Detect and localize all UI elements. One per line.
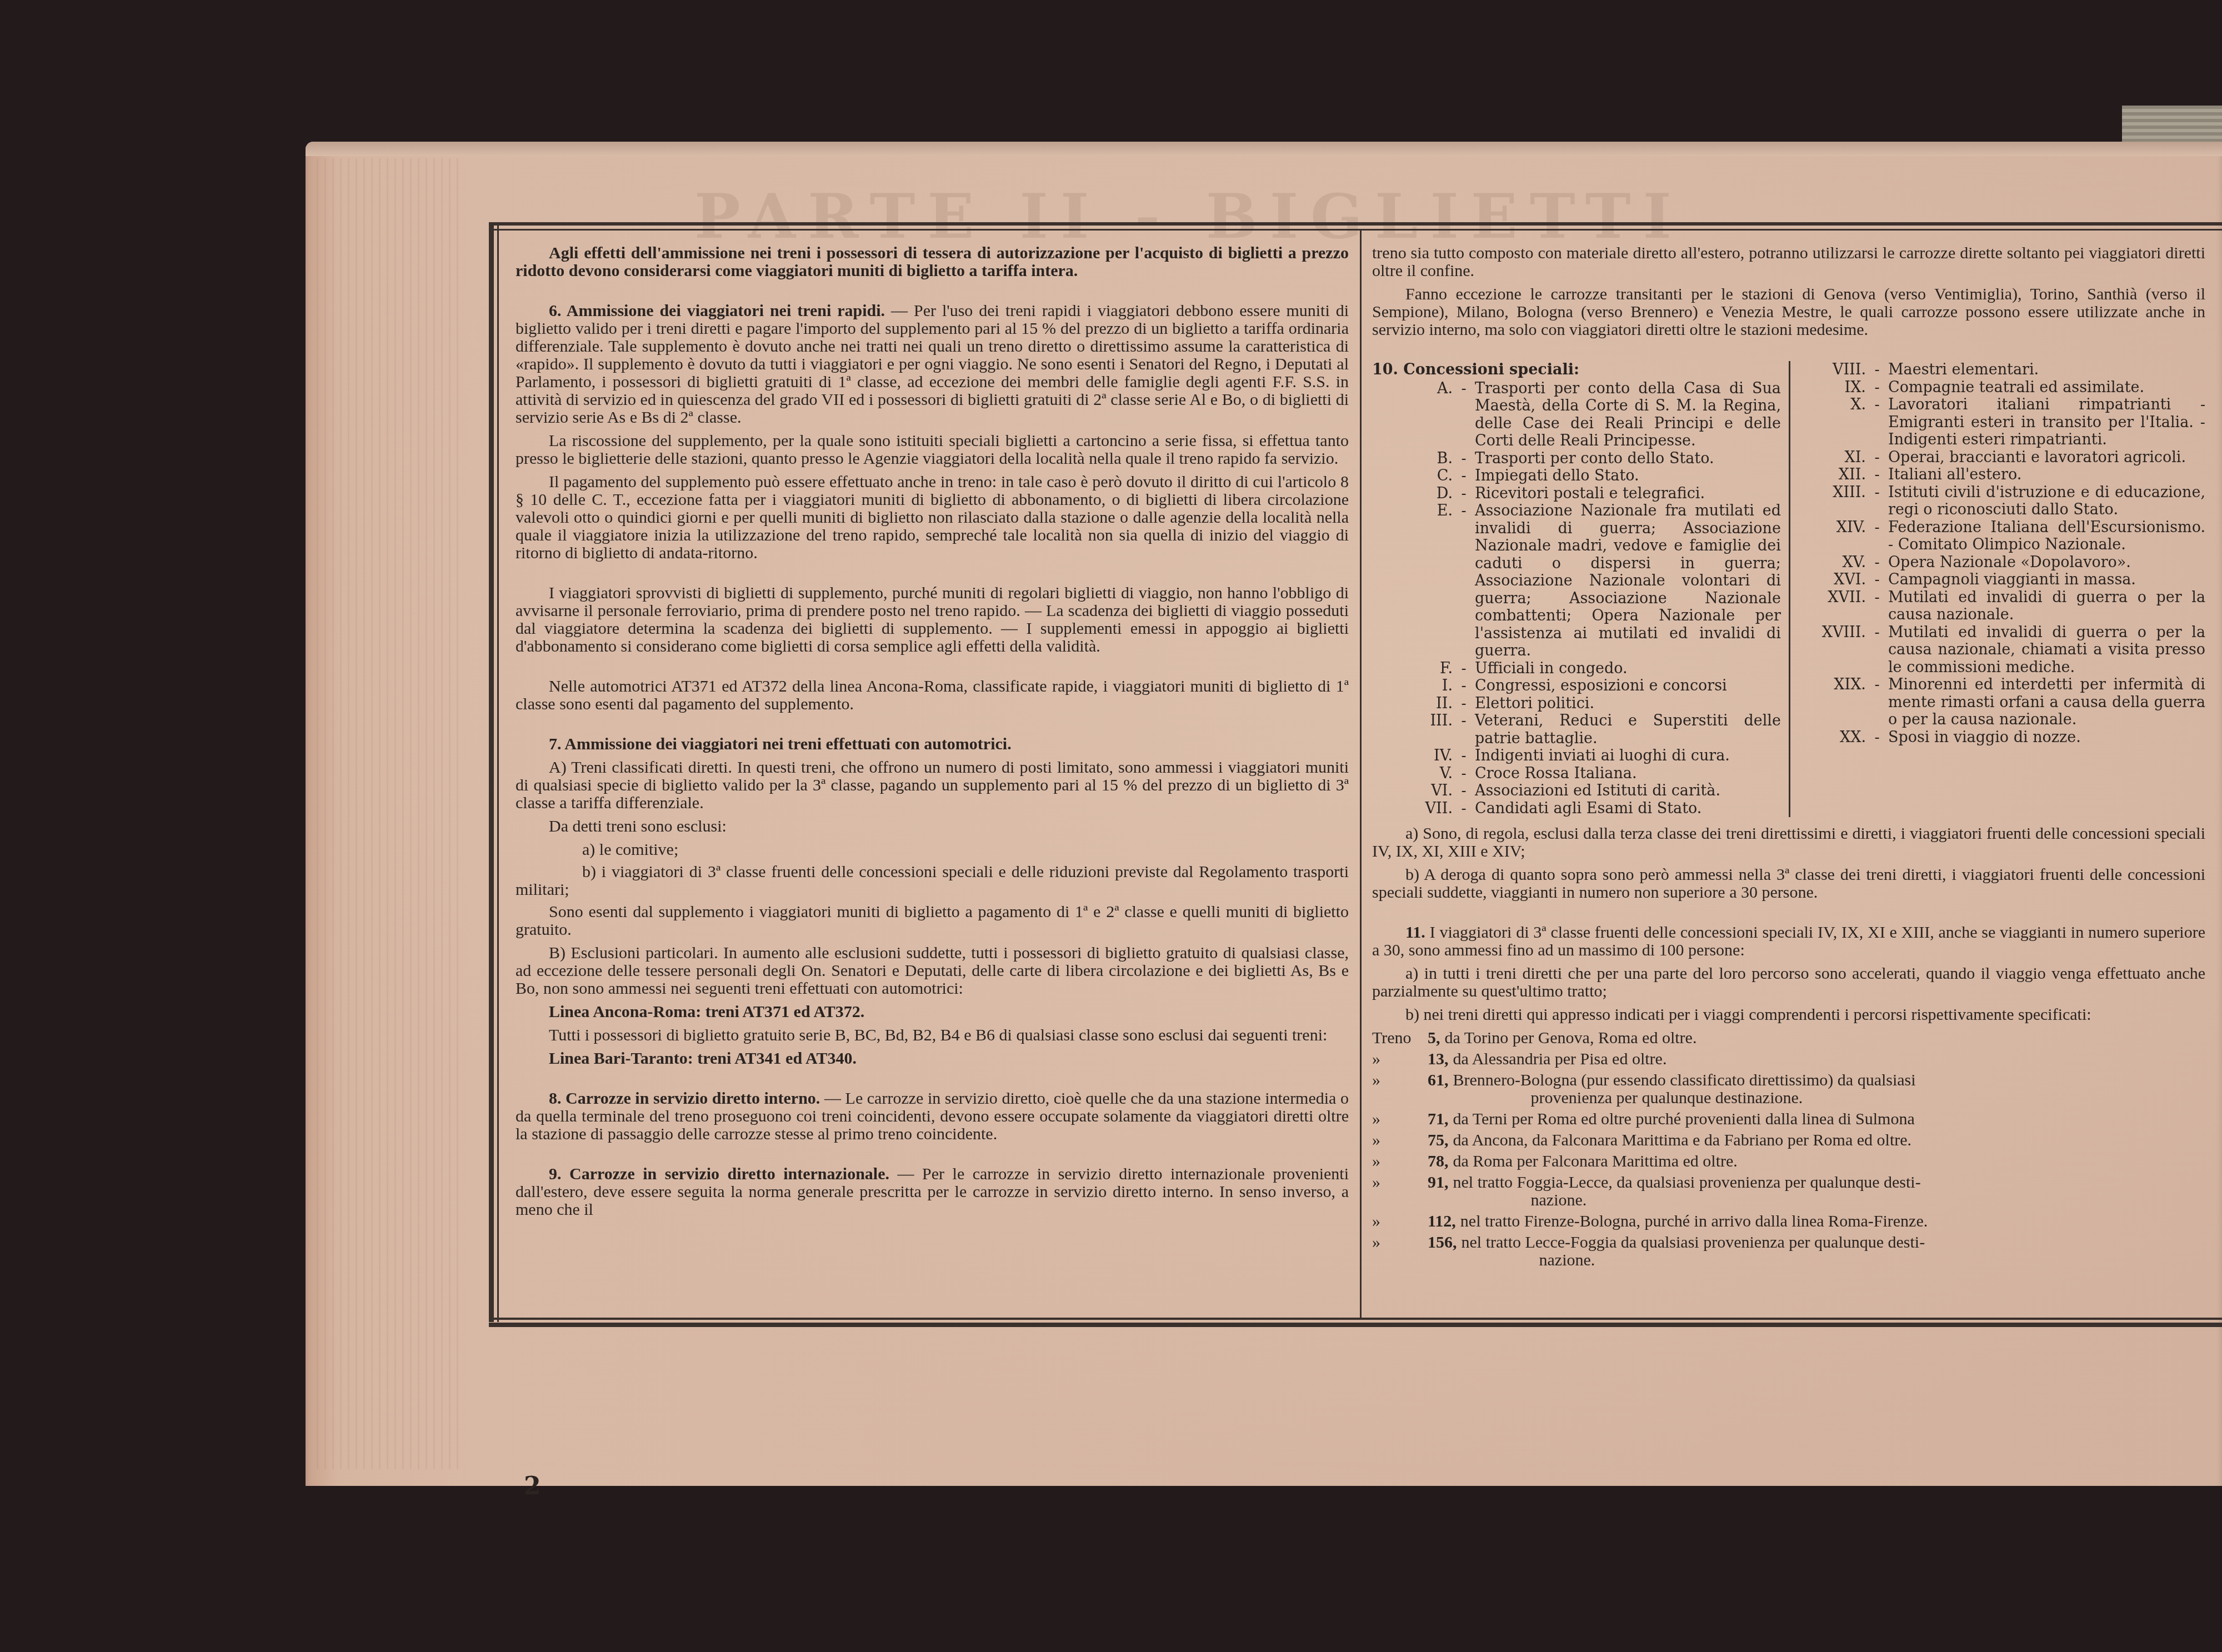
text-frame: Agli effetti dell'ammissione nei treni i…	[489, 222, 2222, 1319]
top-rule	[489, 222, 2222, 231]
concession-item: I.-Congressi, esposizioni e concorsi	[1372, 677, 1781, 695]
section-9-title: 9. Carrozze in servizio diretto internaz…	[549, 1165, 889, 1183]
concession-item: XV.-Opera Nazionale «Dopolavoro».	[1799, 554, 2205, 572]
train-row: »71,da Terni per Roma ed oltre purché pr…	[1372, 1110, 2205, 1128]
concession-item: XVI.-Campagnoli viaggianti in massa.	[1799, 571, 2205, 589]
page-top-edge	[306, 142, 2222, 156]
page-gutter	[317, 158, 461, 1469]
section-9-exception: Fanno eccezione le carrozze transitanti …	[1372, 286, 2205, 339]
concession-item: VII.-Candidati agli Esami di Stato.	[1372, 800, 1781, 818]
concession-item: VIII.-Maestri elementari.	[1799, 361, 2205, 379]
section-10-title: 10. Concessioni speciali:	[1372, 361, 1781, 379]
section-6-payment: Il pagamento del supplemento può essere …	[516, 473, 1349, 562]
section-7-excluded-b: b) i viaggiatori di 3ª classe fruenti de…	[516, 863, 1349, 899]
intro-paragraph: Agli effetti dell'ammissione nei treni i…	[516, 244, 1349, 280]
section-7-excluded-a: a) le comitive;	[516, 841, 1349, 859]
section-6-automotrici: Nelle automotrici AT371 ed AT372 della l…	[516, 678, 1349, 713]
train-row: »61,Brennero-Bologna (pur essendo classi…	[1372, 1072, 2205, 1107]
concession-item: F.-Ufficiali in congedo.	[1372, 660, 1781, 678]
special-concessions-table: 10. Concessioni speciali: A.-Trasporti p…	[1372, 361, 2205, 817]
concession-item: C.-Impiegati dello Stato.	[1372, 467, 1781, 485]
concession-item: XVIII.-Mutilati ed invalidi di guerra o …	[1799, 624, 2205, 677]
concession-item: V.-Croce Rossa Italiana.	[1372, 765, 1781, 783]
concession-item: VI.-Associazioni ed Istituti di carità.	[1372, 782, 1781, 800]
section-10-a: a) Sono, di regola, esclusi dalla terza …	[1372, 825, 2205, 860]
concession-item: X.-Lavoratori italiani rimpatrianti - Em…	[1799, 396, 2205, 449]
concession-item: IV.-Indigenti inviati ai luoghi di cura.	[1372, 747, 1781, 765]
section-7-title: 7. Ammissione dei viaggiatori nei treni …	[516, 735, 1349, 753]
section-7-b-series: Tutti i possessori di biglietto gratuito…	[516, 1027, 1349, 1044]
concession-item: E.-Associazione Nazionale fra mutilati e…	[1372, 502, 1781, 660]
section-6: 6. Ammissione dei viaggiatori nei treni …	[516, 302, 1349, 427]
concessions-right-list: VIII.-Maestri elementari. IX.-Compagnie …	[1790, 361, 2205, 817]
train-row: »78,da Roma per Falconara Marittima ed o…	[1372, 1153, 2205, 1170]
section-11-number: 11.	[1405, 923, 1425, 942]
column-divider	[1360, 230, 1362, 1319]
section-11: 11. I viaggiatori di 3ª classe fruenti d…	[1372, 924, 2205, 959]
concession-item: XIV.-Federazione Italiana dell'Escursion…	[1799, 519, 2205, 554]
concession-item: B.-Trasporti per conto dello Stato.	[1372, 450, 1781, 468]
section-9-continued: treno sia tutto composto con materiale d…	[1372, 244, 2205, 280]
concessions-left-list: 10. Concessioni speciali: A.-Trasporti p…	[1372, 361, 1790, 817]
section-7-b: B) Esclusioni particolari. In aumento al…	[516, 944, 1349, 998]
train-list: Treno5,da Torino per Genova, Roma ed olt…	[1372, 1029, 2205, 1269]
section-6-title: 6. Ammissione dei viaggiatori nei treni …	[549, 302, 885, 320]
left-column: Agli effetti dell'ammissione nei treni i…	[516, 244, 1349, 1224]
right-column: treno sia tutto composto con materiale d…	[1372, 244, 2205, 1273]
train-row: »13,da Alessandria per Pisa ed oltre.	[1372, 1050, 2205, 1068]
section-8: 8. Carrozze in servizio diretto interno.…	[516, 1090, 1349, 1143]
concession-item: A.-Trasporti per conto della Casa di Sua…	[1372, 380, 1781, 450]
section-10-b: b) A deroga di quanto sopra sono però am…	[1372, 866, 2205, 902]
page-number: 2	[524, 1472, 541, 1500]
section-9: 9. Carrozze in servizio diretto internaz…	[516, 1165, 1349, 1219]
concession-item: III.-Veterani, Reduci e Superstiti delle…	[1372, 712, 1781, 747]
train-row: »156,nel tratto Lecce-Foggia da qualsias…	[1372, 1234, 2205, 1269]
concession-item: XI.-Operai, braccianti e lavoratori agri…	[1799, 449, 2205, 467]
section-7-excluded: Da detti treni sono esclusi:	[516, 818, 1349, 835]
section-6-no-supplement: I viaggiatori sprovvisti di biglietti di…	[516, 584, 1349, 655]
section-7-a: A) Treni classificati diretti. In questi…	[516, 759, 1349, 812]
train-row: Treno5,da Torino per Genova, Roma ed olt…	[1372, 1029, 2205, 1047]
section-7-line-ancona-roma: Linea Ancona-Roma: treni AT371 ed AT372.	[516, 1003, 1349, 1021]
train-row: »112,nel tratto Firenze-Bologna, purché …	[1372, 1213, 2205, 1230]
section-7-exempt: Sono esenti dal supplemento i viaggiator…	[516, 903, 1349, 939]
concession-item: IX.-Compagnie teatrali ed assimilate.	[1799, 379, 2205, 397]
section-7-line-bari-taranto: Linea Bari-Taranto: treni AT341 ed AT340…	[516, 1050, 1349, 1068]
train-row: »91,nel tratto Foggia-Lecce, da qualsias…	[1372, 1174, 2205, 1209]
concession-item: XIII.-Istituti civili d'istruzione e di …	[1799, 484, 2205, 519]
section-11-b: b) nei treni diretti qui appresso indica…	[1372, 1006, 2205, 1024]
concession-item: XII.-Italiani all'estero.	[1799, 466, 2205, 484]
concession-item: XX.-Sposi in viaggio di nozze.	[1799, 729, 2205, 747]
document-page: PARTE II - BIGLIETTI Agli effetti dell'a…	[306, 142, 2222, 1486]
concession-item: D.-Ricevitori postali e telegrafici.	[1372, 485, 1781, 503]
concession-item: II.-Elettori politici.	[1372, 695, 1781, 713]
bottom-rule	[489, 1318, 2222, 1327]
section-11-a: a) in tutti i treni diretti che per una …	[1372, 965, 2205, 1000]
section-8-title: 8. Carrozze in servizio diretto interno.	[549, 1089, 820, 1108]
concession-item: XIX.-Minorenni ed interdetti per infermi…	[1799, 676, 2205, 729]
train-row: »75,da Ancona, da Falconara Marittima e …	[1372, 1132, 2205, 1149]
concession-item: XVII.-Mutilati ed invalidi di guerra o p…	[1799, 589, 2205, 624]
left-rule	[489, 222, 499, 1322]
section-6-collection: La riscossione del supplemento, per la q…	[516, 432, 1349, 468]
